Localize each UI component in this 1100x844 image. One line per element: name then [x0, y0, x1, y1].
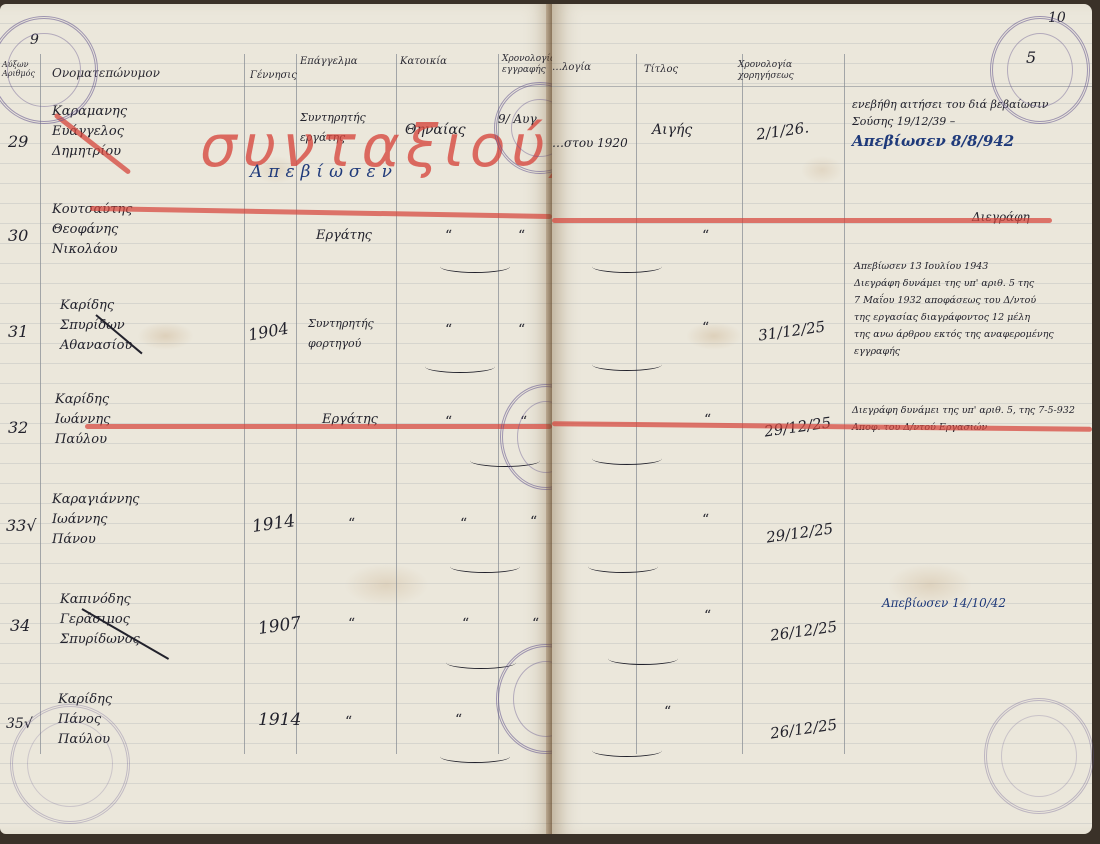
right-page: 10 …λογία Τίτλος Χρονολογία χορηγήσεως ……: [552, 4, 1092, 834]
row-separator-flourish: [440, 750, 510, 763]
column-divider: [844, 54, 845, 754]
stamp-mark: 5: [1026, 48, 1036, 67]
ditto-mark: “: [664, 704, 671, 720]
ditto-mark: “: [460, 516, 467, 532]
ditto-mark: “: [702, 228, 709, 244]
ditto-mark: “: [445, 322, 452, 338]
row-number: 33√: [6, 516, 37, 535]
row-number: 30: [8, 226, 28, 245]
header-col-date-issue: Χρονολογία χορηγήσεως: [738, 60, 828, 82]
header-col-date-entry-left: Χρονολογία εγγραφής: [502, 54, 550, 76]
row-issue-date: 29/12/25: [765, 519, 834, 546]
row-separator-flourish: [592, 744, 662, 757]
left-page: 9 Αύξων Αριθμός Ονοματεπώνυμον Γέννησις …: [0, 4, 552, 834]
row-name: Καρίδης Ιωάννης Παύλου: [55, 390, 110, 450]
header-col-residence: Κατοικία: [400, 56, 447, 67]
ditto-mark: “: [518, 228, 525, 244]
ditto-mark: “: [704, 608, 711, 624]
ditto-mark: “: [702, 512, 709, 528]
ditto-mark: “: [455, 712, 462, 728]
row-separator-flourish: [588, 560, 658, 573]
header-col-occupation: Επάγγελμα: [300, 56, 358, 67]
ditto-mark: “: [348, 516, 355, 532]
row-remarks: Απεβίωσεν 14/10/42: [882, 596, 1006, 610]
row-entry-date-part: …στου 1920: [552, 136, 628, 150]
row-number: 34: [10, 616, 30, 635]
row-issue-date: 2/1/26.: [755, 118, 810, 143]
ditto-mark: “: [702, 320, 709, 336]
red-strike-line: [85, 424, 552, 429]
column-divider: [40, 54, 41, 754]
open-register-book: 9 Αύξων Αριθμός Ονοματεπώνυμον Γέννησις …: [0, 0, 1100, 844]
row-birth: 1904: [247, 319, 290, 345]
ditto-mark: “: [348, 616, 355, 632]
row-birth: 1914: [251, 511, 297, 537]
row-number: 32: [8, 418, 28, 437]
official-stamp-emblem: [990, 16, 1090, 124]
ditto-mark: “: [532, 616, 539, 632]
ditto-mark: “: [530, 514, 537, 530]
header-col-birth: Γέννησις: [250, 70, 297, 81]
row-separator-flourish: [440, 260, 510, 273]
blue-deceased-note: Απεβίωσεν: [250, 162, 398, 182]
header-col-date-entry-right: …λογία: [552, 62, 591, 73]
row-number: 31: [8, 322, 28, 341]
row-separator-flourish: [592, 260, 662, 273]
faded-stamp: [984, 698, 1094, 814]
red-strike-line: [90, 206, 552, 219]
row-birth: 1914: [258, 710, 301, 730]
column-divider: [742, 54, 743, 754]
row-name: Καρίδης Σπυρίδων Αθανασίου: [60, 296, 132, 356]
row-occupation: Συντηρητής φορτηγού: [308, 314, 374, 354]
ditto-mark: “: [462, 616, 469, 632]
ditto-mark: “: [345, 714, 352, 730]
row-separator-flourish: [425, 360, 495, 373]
row-separator-flourish: [592, 358, 662, 371]
column-divider: [636, 54, 637, 754]
row-separator-flourish: [608, 652, 678, 665]
row-title: Αιγής: [652, 122, 692, 138]
ditto-mark: “: [518, 322, 525, 338]
row-separator-flourish: [592, 452, 662, 465]
row-remarks: Απεβίωσεν 13 Ιουλίου 1943 Διεγράφη δυνάμ…: [854, 258, 1092, 360]
header-col-title: Τίτλος: [644, 64, 678, 75]
row-issue-date: 31/12/25: [757, 317, 826, 344]
faded-stamp: [10, 704, 130, 824]
row-occupation: Εργάτης: [316, 228, 372, 243]
red-strike-line: [552, 218, 1052, 223]
row-issue-date: 26/12/25: [769, 715, 838, 742]
row-name: Καραγιάννης Ιωάννης Πάνου: [52, 490, 139, 550]
row-number: 29: [8, 132, 28, 151]
ditto-mark: “: [445, 228, 452, 244]
row-separator-flourish: [450, 560, 520, 573]
row-issue-date: 26/12/25: [769, 617, 838, 644]
